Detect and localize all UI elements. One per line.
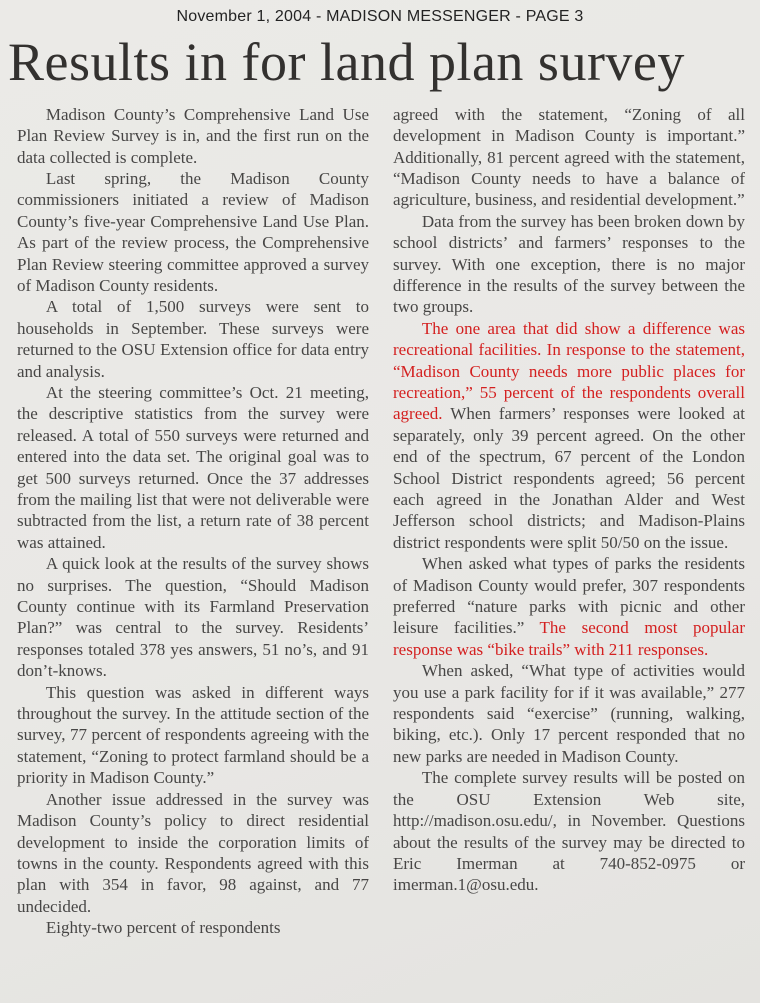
paragraph: The complete survey results will be post…: [393, 767, 745, 895]
paragraph: When asked, “What type of activities wou…: [393, 660, 745, 767]
text-segment: Last spring, the Madison County commissi…: [17, 169, 369, 295]
paragraph: This question was asked in different way…: [17, 682, 369, 789]
paragraph: Last spring, the Madison County commissi…: [17, 168, 369, 296]
text-segment: A total of 1,500 surveys were sent to ho…: [17, 297, 369, 380]
paragraph: Data from the survey has been broken dow…: [393, 211, 745, 318]
paragraph: A quick look at the results of the surve…: [17, 553, 369, 681]
paragraph: At the steering committee’s Oct. 21 meet…: [17, 382, 369, 553]
text-segment: At the steering committee’s Oct. 21 meet…: [17, 383, 369, 552]
newspaper-page: November 1, 2004 - MADISON MESSENGER - P…: [0, 0, 760, 1003]
masthead-dateline: November 1, 2004 - MADISON MESSENGER - P…: [0, 0, 760, 26]
left-column: Madison County’s Comprehensive Land Use …: [17, 104, 369, 981]
text-segment: agreed with the statement, “Zoning of al…: [393, 105, 745, 210]
text-segment: This question was asked in different way…: [17, 683, 369, 788]
text-segment: Eighty-two percent of respondents: [46, 918, 281, 937]
text-segment: Another issue addressed in the survey wa…: [17, 790, 369, 916]
text-segment: The complete survey results will be post…: [393, 768, 745, 894]
paragraph: agreed with the statement, “Zoning of al…: [393, 104, 745, 211]
text-segment: When asked, “What type of activities wou…: [393, 661, 745, 766]
paragraph: Another issue addressed in the survey wa…: [17, 789, 369, 917]
text-segment: Data from the survey has been broken dow…: [393, 212, 745, 317]
text-segment: A quick look at the results of the surve…: [17, 554, 369, 680]
paragraph: A total of 1,500 surveys were sent to ho…: [17, 296, 369, 382]
paragraph: Eighty-two percent of respondents: [17, 917, 369, 938]
paragraph: When asked what types of parks the resid…: [393, 553, 745, 660]
text-segment: Madison County’s Comprehensive Land Use …: [17, 105, 369, 167]
text-segment: When farmers’ responses were looked at s…: [393, 404, 745, 551]
article-body: Madison County’s Comprehensive Land Use …: [0, 91, 760, 981]
paragraph: Madison County’s Comprehensive Land Use …: [17, 104, 369, 168]
paragraph: The one area that did show a difference …: [393, 318, 745, 553]
right-column: agreed with the statement, “Zoning of al…: [393, 104, 745, 981]
article-headline: Results in for land plan survey: [8, 34, 760, 91]
